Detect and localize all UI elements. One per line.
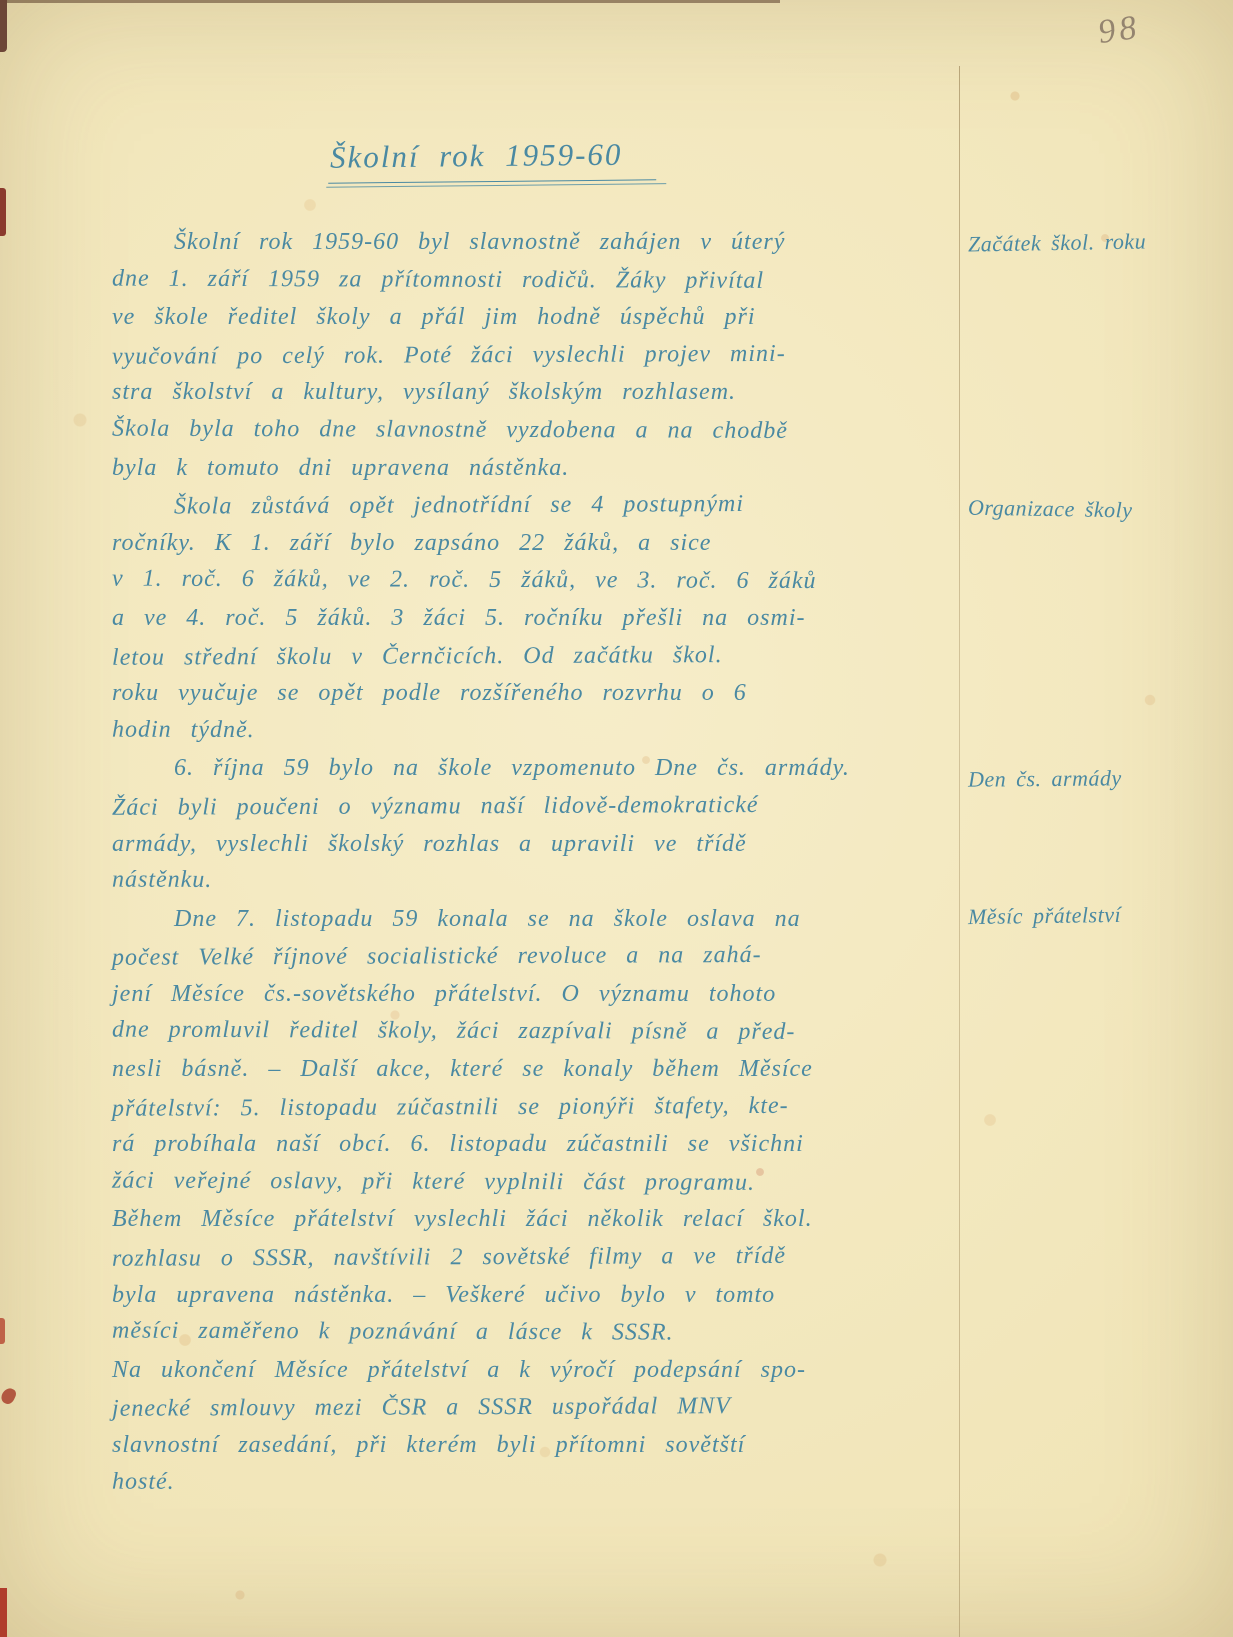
handwritten-line: Školní rok 1959-60 byl slavnostně zaháje… — [112, 224, 930, 262]
handwritten-line: dne 1. září 1959 za přítomnosti rodičů. … — [112, 260, 930, 300]
handwritten-line: roku vyučuje se opět podle rozšířeného r… — [112, 675, 930, 713]
handwritten-line: počest Velké říjnové socialistické revol… — [112, 936, 930, 977]
margin-rule — [959, 66, 960, 1637]
page-edge-artifact — [0, 0, 780, 3]
handwritten-line: byla upravena nástěnka. – Veškeré učivo … — [112, 1277, 930, 1315]
handwritten-line: hosté. — [112, 1463, 930, 1503]
page-edge-artifact — [0, 1588, 7, 1637]
handwritten-line: rá probíhala naší obcí. 6. listopadu zúč… — [112, 1126, 930, 1164]
handwritten-line: žáci veřejné oslavy, při které vyplnili … — [112, 1162, 930, 1202]
handwritten-line: Během Měsíce přátelství vyslechli žáci n… — [112, 1201, 930, 1239]
handwritten-line: Škola byla toho dne slavnostně vyzdobena… — [112, 411, 930, 451]
handwritten-line: jení Měsíce čs.-sovětského přátelství. O… — [112, 976, 930, 1014]
page-edge-artifact — [0, 0, 7, 52]
handwritten-line: stra školství a kultury, vysílaný školsk… — [112, 374, 930, 412]
handwritten-line: Žáci byli poučeni o významu naší lidově-… — [112, 786, 930, 827]
page-edge-artifact — [0, 188, 6, 236]
handwritten-line: rozhlasu o SSSR, navštívili 2 sovětské f… — [112, 1237, 930, 1278]
handwritten-line: Dne 7. listopadu 59 konala se na škole o… — [112, 901, 930, 939]
handwritten-line: ročníky. K 1. září bylo zapsáno 22 žáků,… — [112, 525, 930, 563]
handwritten-line: letou střední školu v Černčicích. Od zač… — [112, 636, 930, 677]
handwritten-line: armády, vyslechli školský rozhlas a upra… — [112, 826, 930, 864]
margin-note: Den čs. armády — [968, 765, 1122, 792]
handwritten-line: a ve 4. roč. 5 žáků. 3 žáci 5. ročníku p… — [112, 600, 930, 638]
handwritten-line: vyučování po celý rok. Poté žáci vyslech… — [112, 335, 930, 376]
handwritten-line: nástěnku. — [112, 862, 930, 902]
margin-note: Začátek škol. roku — [968, 228, 1147, 257]
handwritten-line: ve škole ředitel školy a přál jim hodně … — [112, 299, 930, 337]
handwritten-line: měsíci zaměřeno k poznávání a lásce k SS… — [112, 1313, 930, 1353]
page-edge-artifact — [0, 1386, 18, 1406]
handwritten-line: přátelství: 5. listopadu zúčastnili se p… — [112, 1087, 930, 1128]
handwritten-line: Škola zůstává opět jednotřídní se 4 post… — [112, 485, 930, 526]
handwritten-line: nesli básně. – Další akce, které se kona… — [112, 1051, 930, 1089]
page-edge-artifact — [0, 1318, 5, 1344]
page-title: Školní rok 1959-60 — [328, 136, 657, 183]
handwritten-line: hodin týdně. — [112, 711, 930, 751]
handwritten-line: Na ukončení Měsíce přátelství a k výročí… — [112, 1352, 930, 1390]
margin-note: Měsíc přátelství — [968, 902, 1121, 930]
page-number: 98 — [1096, 2, 1190, 52]
handwritten-line: byla k tomuto dni upravena nástěnka. — [112, 450, 930, 488]
handwritten-line: v 1. roč. 6 žáků, ve 2. roč. 5 žáků, ve … — [112, 561, 930, 601]
handwritten-line: dne promluvil ředitel školy, žáci zazpív… — [112, 1012, 930, 1052]
margin-note: Organizace školy — [968, 495, 1133, 524]
body-text: Školní rok 1959-60 byl slavnostně zaháje… — [112, 224, 930, 1502]
handwritten-line: jenecké smlouvy mezi ČSR a SSSR uspořáda… — [112, 1388, 930, 1429]
handwritten-line: 6. října 59 bylo na škole vzpomenuto Dne… — [112, 750, 930, 788]
notebook-page: 98 Školní rok 1959-60 Školní rok 1959-60… — [0, 0, 1233, 1637]
handwritten-line: slavnostní zasedání, při kterém byli pří… — [112, 1427, 930, 1465]
